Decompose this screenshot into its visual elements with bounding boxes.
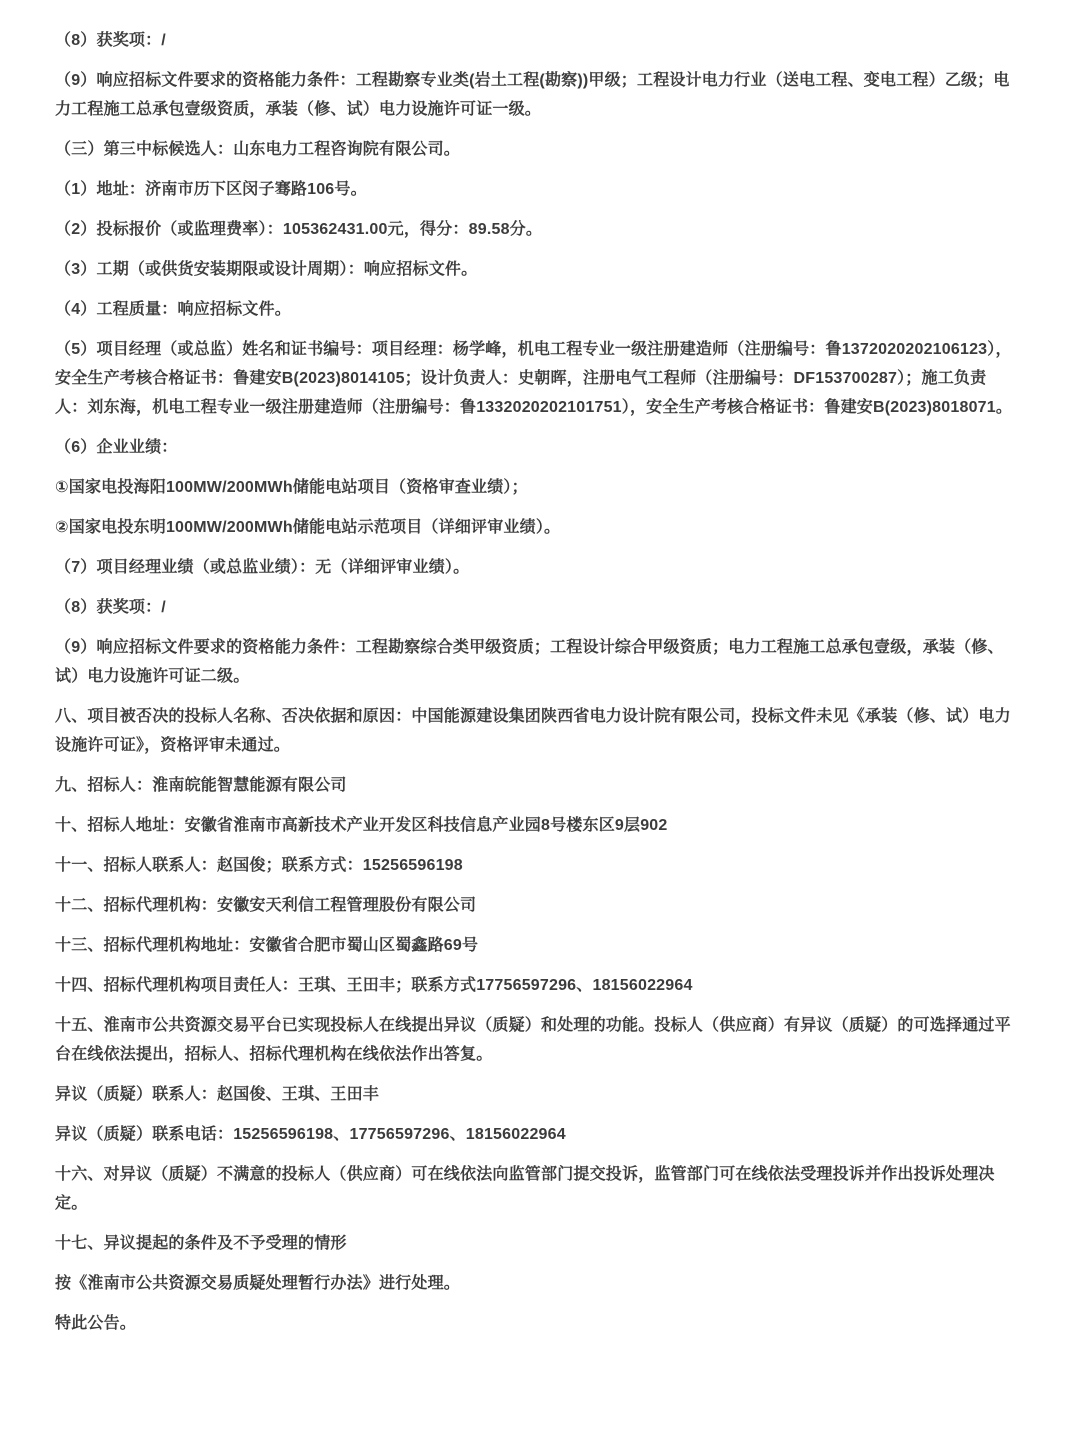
paragraph: （9）响应招标文件要求的资格能力条件：工程勘察专业类(岩土工程(勘察))甲级；工… <box>55 66 1018 124</box>
paragraph: 十七、异议提起的条件及不予受理的情形 <box>55 1229 1018 1258</box>
paragraph: （7）项目经理业绩（或总监业绩）：无（详细评审业绩）。 <box>55 553 1018 582</box>
paragraph: （8）获奖项：/ <box>55 593 1018 622</box>
paragraph: 十六、对异议（质疑）不满意的投标人（供应商）可在线依法向监管部门提交投诉，监管部… <box>55 1160 1018 1218</box>
document-body: （8）获奖项：/（9）响应招标文件要求的资格能力条件：工程勘察专业类(岩土工程(… <box>0 0 1080 1389</box>
paragraph: （5）项目经理（或总监）姓名和证书编号：项目经理：杨学峰，机电工程专业一级注册建… <box>55 335 1018 422</box>
paragraph: 特此公告。 <box>55 1309 1018 1338</box>
paragraph: 十二、招标代理机构：安徽安天利信工程管理股份有限公司 <box>55 891 1018 920</box>
paragraph: ①国家电投海阳100MW/200MWh储能电站项目（资格审查业绩）； <box>55 473 1018 502</box>
paragraph: （8）获奖项：/ <box>55 26 1018 55</box>
paragraph: （3）工期（或供货安装期限或设计周期）：响应招标文件。 <box>55 255 1018 284</box>
paragraph: （2）投标报价（或监理费率）：105362431.00元，得分：89.58分。 <box>55 215 1018 244</box>
paragraph: 十四、招标代理机构项目责任人：王琪、王田丰；联系方式17756597296、18… <box>55 971 1018 1000</box>
paragraph: （9）响应招标文件要求的资格能力条件：工程勘察综合类甲级资质；工程设计综合甲级资… <box>55 633 1018 691</box>
paragraph: （1）地址：济南市历下区闵子骞路106号。 <box>55 175 1018 204</box>
paragraph: 十、招标人地址：安徽省淮南市高新技术产业开发区科技信息产业园8号楼东区9层902 <box>55 811 1018 840</box>
paragraph: 十五、淮南市公共资源交易平台已实现投标人在线提出异议（质疑）和处理的功能。投标人… <box>55 1011 1018 1069</box>
paragraph: 八、项目被否决的投标人名称、否决依据和原因：中国能源建设集团陕西省电力设计院有限… <box>55 702 1018 760</box>
paragraph: （4）工程质量：响应招标文件。 <box>55 295 1018 324</box>
paragraph: 九、招标人：淮南皖能智慧能源有限公司 <box>55 771 1018 800</box>
paragraph: 按《淮南市公共资源交易质疑处理暂行办法》进行处理。 <box>55 1269 1018 1298</box>
paragraph: 异议（质疑）联系电话：15256596198、17756597296、18156… <box>55 1120 1018 1149</box>
paragraph: （6）企业业绩： <box>55 433 1018 462</box>
paragraph: 十三、招标代理机构地址：安徽省合肥市蜀山区蜀鑫路69号 <box>55 931 1018 960</box>
paragraph: ②国家电投东明100MW/200MWh储能电站示范项目（详细评审业绩）。 <box>55 513 1018 542</box>
paragraph: （三）第三中标候选人：山东电力工程咨询院有限公司。 <box>55 135 1018 164</box>
paragraph: 异议（质疑）联系人：赵国俊、王琪、王田丰 <box>55 1080 1018 1109</box>
paragraph: 十一、招标人联系人：赵国俊；联系方式：15256596198 <box>55 851 1018 880</box>
